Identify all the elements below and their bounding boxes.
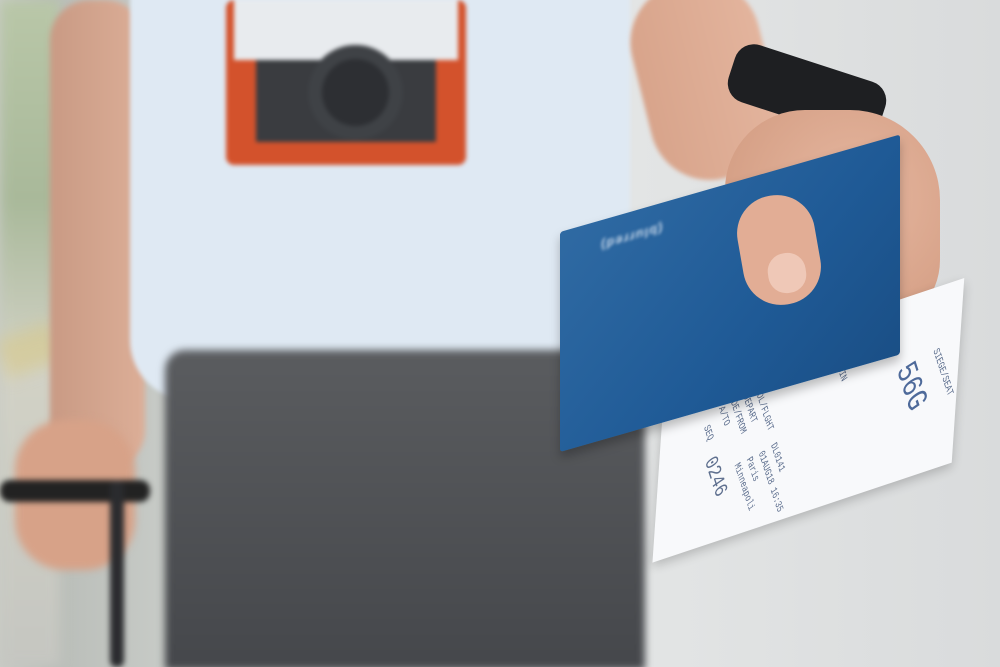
- suitcase-handle: [110, 480, 124, 667]
- seq-value: 0246: [699, 452, 730, 502]
- suitcase-grip: [0, 480, 150, 502]
- camera: [226, 0, 466, 165]
- seat-value: 56G: [888, 356, 932, 419]
- seq-label: SEQ: [701, 423, 715, 443]
- suitcase: [0, 480, 170, 667]
- seat-label: SIEGE/SEAT: [931, 346, 956, 399]
- passport-cover-text: (blurred): [600, 221, 662, 254]
- camera-lens: [308, 45, 403, 140]
